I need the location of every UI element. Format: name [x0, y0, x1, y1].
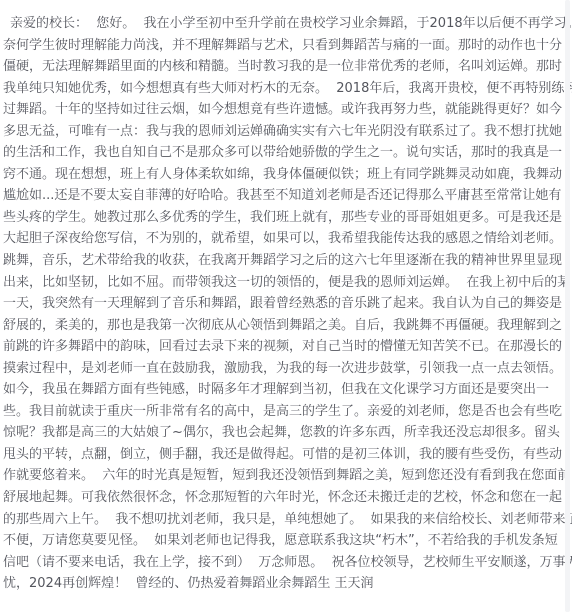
letter-line: 摸索过程中，是刘老师一直在鼓励我，激励我，为我的每一次进步鼓掌，引领我一点一点去… [3, 358, 562, 380]
letter-line: 亲爱的校长： 您好。 我在小学至初中至升学前在贵校学习业余舞蹈，于2018年以后… [3, 13, 562, 35]
letter-line: 些。我目前就读于重庆一所非常有名的高中，是高三的学生了。亲爱的刘老师，您是否也会… [3, 401, 562, 423]
letter-line: 忧，2024再创辉煌！ 曾经的、仍热爱着舞蹈业余舞蹈生 王天润 [3, 573, 562, 595]
letter-line: 前跳的许多舞蹈中的韵味，回看过去录下来的视频，对自己当时的懵懂无知苦笑不已。在那… [3, 336, 562, 358]
letter-line: 奈何学生彼时理解能力尚浅，并不理解舞蹈与艺术，只看到舞蹈苦与痛的一面。那时的动作… [3, 35, 562, 57]
letter-line: 舒展的，柔美的，那也是我第一次彻底从心领悟到舞蹈之美。自后，我跳舞不再僵硬。我理… [3, 315, 562, 337]
letter-line: 舒展地起舞。可我依然很怀念，怀念那短暂的六年时光，怀念还未搬迁走的艺校，怀念和您… [3, 487, 562, 509]
letter-line: 大起胆子深夜给您写信，不为别的，就希望，如果可以，我希望我能传达我的感恩之情给刘… [3, 228, 562, 250]
letter-line: 僵硬，无法理解舞蹈里面的内核和精髓。当时教习我的是一位非常优秀的老师，名叫刘运婵… [3, 56, 562, 78]
letter-line: 如今，我虽在舞蹈方面有些钝感，时隔多年才理解到当初，但我在文化课学习方面还是要突… [3, 379, 562, 401]
letter-body: 亲爱的校长： 您好。 我在小学至初中至升学前在贵校学习业余舞蹈，于2018年以后… [3, 13, 562, 595]
letter-line: 的那些周六上午。 我不想叨扰刘老师，我只是，单纯想她了。 如果我的来信给校长、刘… [3, 509, 562, 531]
letter-line: 跳舞，音乐，艺术带给我的收获，在我离开舞蹈学习之后的这六七年里逐渐在我的精神世界… [3, 250, 562, 272]
letter-line: 出来，比如坚韧，比如不屈。而带领我这一切的领悟的，便是我的恩师刘运婵。 在我上初… [3, 272, 562, 294]
scrollbar-track[interactable] [565, 0, 570, 612]
letter-line: 我单纯只知她优秀，如今想想真有些大师对朽木的无奈。 2018年后，我离开贵校，便… [3, 78, 562, 100]
letter-line: 信吧（请不要来电话，我在上学，接不到） 万念师恩。 祝各位校领导，艺校师生平安顺… [3, 552, 562, 574]
letter-line: 尴尬如...还是不要太妄自菲薄的好哈哈。我甚至不知道刘老师是否还记得那么平庸甚至… [3, 185, 562, 207]
letter-line: 的生活和工作，我也自知自己不是那众多可以带给她骄傲的学生之一。说句实话，那时的我… [3, 142, 562, 164]
letter-line: 窍不通。现在想想，班上有人身体柔软如绵，我身体僵硬似铁；班上有同学跳舞灵动如鹿，… [3, 164, 562, 186]
letter-line: 一天，我突然有一天理解到了音乐和舞蹈，跟着曾经熟悉的音乐跳了起来。我自认为自己的… [3, 293, 562, 315]
letter-line: 惊呢？我都是高三的大姑娘了~偶尔，我也会起舞，您教的许多东西，所幸我还没忘却很多… [3, 422, 562, 444]
letter-line: 甩头的平转，点翻，倒立，侧手翻，我还是做得起。可惜的是初三体训，我的腰有些受伤，… [3, 444, 562, 466]
letter-line: 不便，万请您莫要见怪。 如果刘老师也记得我，愿意联系我这块“朽木”，不若给我的手… [3, 530, 562, 552]
letter-line: 多思无益，可唯有一点：我与我的恩师刘运婵确确实实有六七年光阴没有联系过了。我不想… [3, 121, 562, 143]
letter-line: 过舞蹈。十年的坚持如过往云烟，如今想想竟有些许遗憾。或许我再努力些，就能跳得更好… [3, 99, 562, 121]
letter-line: 作就要悠着来。 六年的时光真是短暂，短到我还没领悟到舞蹈之美，短到您还没有看到我… [3, 465, 562, 487]
document-page: 亲爱的校长： 您好。 我在小学至初中至升学前在贵校学习业余舞蹈，于2018年以后… [0, 0, 572, 612]
letter-line: 些头疼的学生。她教过那么多优秀的学生，我们班上就有，那些专业的哥哥姐姐更多。可是… [3, 207, 562, 229]
